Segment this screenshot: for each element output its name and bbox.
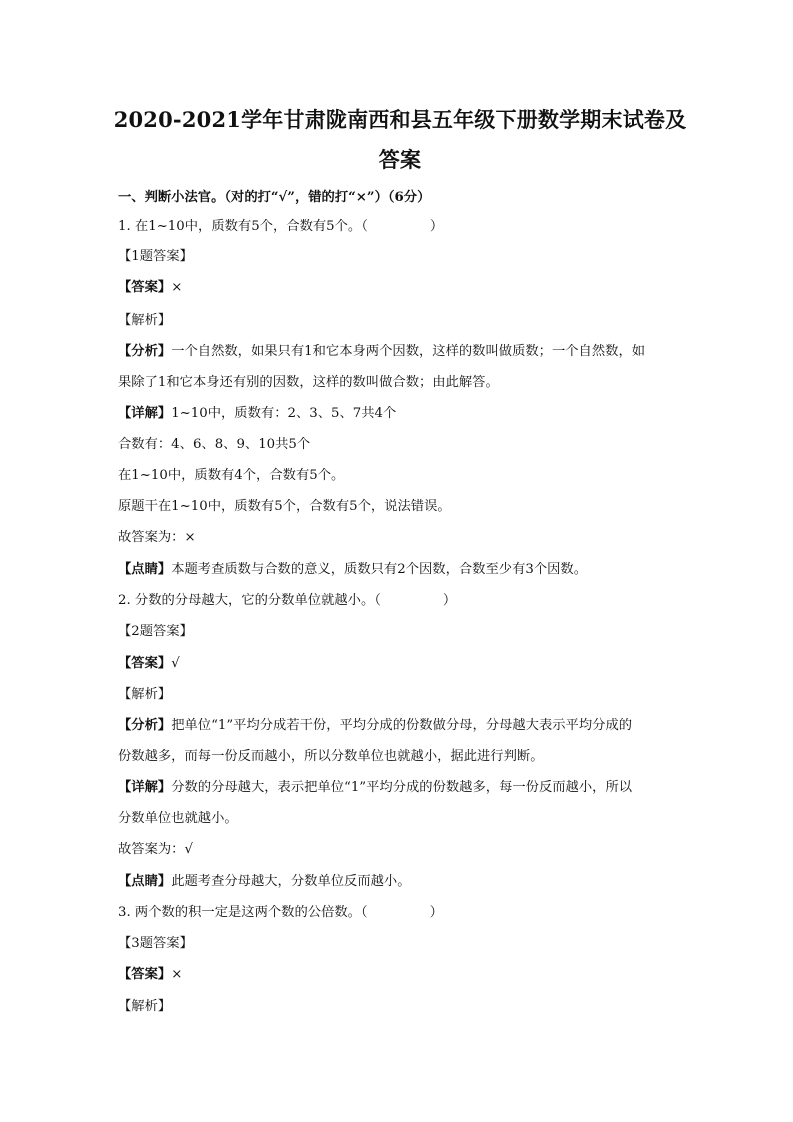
question-2-stem: 2. 分数的分母越大，它的分数单位就越小。（） bbox=[118, 592, 456, 610]
question-2-answer: 【答案】√ bbox=[118, 655, 180, 673]
question-1-stem: 1. 在1~10中，质数有5个，合数有5个。（） bbox=[118, 218, 443, 236]
question-2-answer-header: 【2题答案】 bbox=[118, 623, 193, 641]
answer-value: × bbox=[171, 967, 182, 982]
question-2-xiangjie-line-2: 分数单位也就越小。 bbox=[118, 810, 238, 828]
question-1-analysis-header: 【解析】 bbox=[118, 312, 171, 330]
question-1-answer: 【答案】× bbox=[118, 279, 182, 297]
document-page: 2020-2021学年甘肃陇南西和县五年级下册数学期末试卷及 答案 一、判断小法… bbox=[0, 0, 793, 1122]
answer-value: × bbox=[171, 280, 182, 295]
question-2-dianjing: 【点睛】此题考查分母越大，分数单位反而越小。 bbox=[118, 873, 411, 891]
answer-tag: 【答案】 bbox=[118, 280, 171, 295]
section-heading: 一、判断小法官。（对的打“√”，错的打“×”）（6分） bbox=[118, 186, 430, 205]
xiangjie-text: 1~10中，质数有：2、3、5、7共4个 bbox=[171, 406, 396, 421]
question-2-conclusion: 故答案为：√ bbox=[118, 841, 193, 859]
answer-tag: 【答案】 bbox=[118, 967, 171, 982]
question-stem-text: 3. 两个数的积一定是这两个数的公倍数。（ bbox=[118, 905, 368, 920]
question-2-analysis-header: 【解析】 bbox=[118, 686, 171, 704]
question-1-detail-line: 原题干在1~10中，质数有5个，合数有5个，说法错误。 bbox=[118, 498, 451, 516]
question-stem-close: ） bbox=[443, 593, 456, 608]
question-2-xiangjie-line-1: 【详解】分数的分母越大，表示把单位“1”平均分成的份数越多，每一份反而越小，所以 bbox=[118, 779, 632, 797]
question-1-dianjing: 【点睛】本题考查质数与合数的意义，质数只有2个因数，合数至少有3个因数。 bbox=[118, 561, 587, 579]
question-stem-text: 2. 分数的分母越大，它的分数单位就越小。（ bbox=[118, 593, 381, 608]
xiangjie-tag: 【详解】 bbox=[118, 406, 171, 421]
fenxi-text: 一个自然数，如果只有1和它本身两个因数，这样的数叫做质数；一个自然数，如 bbox=[171, 344, 645, 359]
question-stem-close: ） bbox=[430, 219, 443, 234]
xiangjie-tag: 【详解】 bbox=[118, 780, 171, 795]
xiangjie-text: 分数的分母越大，表示把单位“1”平均分成的份数越多，每一份反而越小，所以 bbox=[171, 780, 632, 795]
dianjing-text: 本题考查质数与合数的意义，质数只有2个因数，合数至少有3个因数。 bbox=[171, 562, 587, 577]
answer-tag: 【答案】 bbox=[118, 656, 171, 671]
dianjing-text: 此题考查分母越大，分数单位反而越小。 bbox=[171, 874, 410, 889]
question-3-analysis-header: 【解析】 bbox=[118, 998, 171, 1016]
document-title-line-1: 2020-2021学年甘肃陇南西和县五年级下册数学期末试卷及 bbox=[110, 104, 690, 134]
fenxi-tag: 【分析】 bbox=[118, 344, 171, 359]
dianjing-tag: 【点睛】 bbox=[118, 874, 171, 889]
question-stem-close: ） bbox=[430, 905, 443, 920]
question-1-xiangjie-line-1: 【详解】1~10中，质数有：2、3、5、7共4个 bbox=[118, 405, 396, 423]
question-3-answer-header: 【3题答案】 bbox=[118, 935, 193, 953]
question-1-fenxi-line-1: 【分析】一个自然数，如果只有1和它本身两个因数，这样的数叫做质数；一个自然数，如 bbox=[118, 343, 645, 361]
question-2-fenxi-line-2: 份数越多，而每一份反而越小，所以分数单位也就越小，据此进行判断。 bbox=[118, 748, 544, 766]
question-2-fenxi-line-1: 【分析】把单位“1”平均分成若干份，平均分成的份数做分母，分母越大表示平均分成的 bbox=[118, 717, 632, 735]
question-1-fenxi-line-2: 果除了1和它本身还有别的因数，这样的数叫做合数；由此解答。 bbox=[118, 374, 499, 392]
fenxi-text: 把单位“1”平均分成若干份，平均分成的份数做分母，分母越大表示平均分成的 bbox=[171, 718, 632, 733]
question-1-answer-header: 【1题答案】 bbox=[118, 248, 193, 266]
answer-value: √ bbox=[171, 656, 179, 671]
question-1-detail-line: 合数有：4、6、8、9、10共5个 bbox=[118, 436, 310, 454]
question-3-answer: 【答案】× bbox=[118, 966, 182, 984]
fenxi-tag: 【分析】 bbox=[118, 718, 171, 733]
dianjing-tag: 【点睛】 bbox=[118, 562, 171, 577]
question-3-stem: 3. 两个数的积一定是这两个数的公倍数。（） bbox=[118, 904, 443, 922]
question-stem-text: 1. 在1~10中，质数有5个，合数有5个。（ bbox=[118, 219, 368, 234]
question-1-conclusion: 故答案为：× bbox=[118, 529, 196, 547]
document-title-line-2: 答案 bbox=[110, 144, 690, 174]
question-1-detail-line: 在1~10中，质数有4个，合数有5个。 bbox=[118, 467, 344, 485]
